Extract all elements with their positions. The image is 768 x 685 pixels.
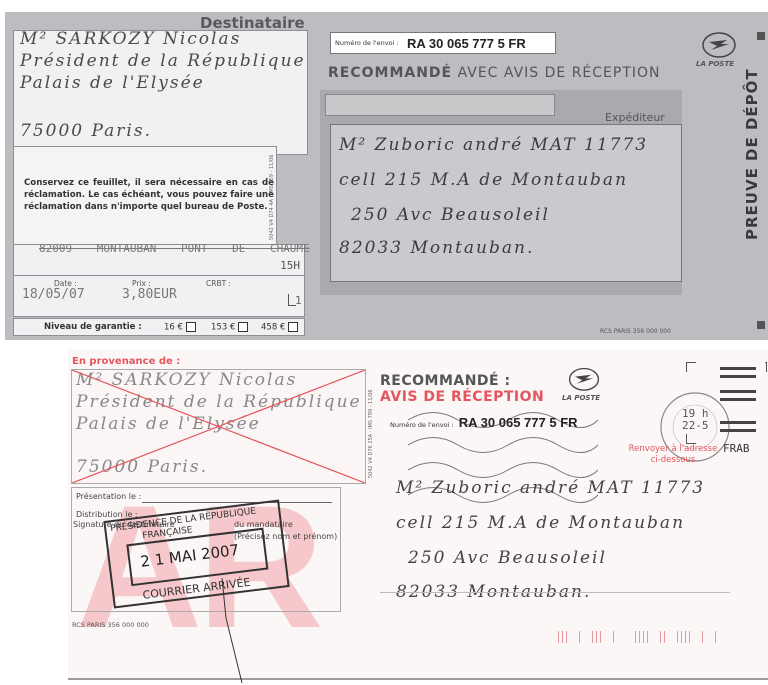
sender-line: cell 215 M.A de Montauban [339, 170, 628, 190]
guarantee-option-16[interactable]: 16 € [164, 322, 196, 333]
sorting-bars [720, 367, 756, 383]
tracking-number: RA 30 065 777 5 FR [407, 36, 526, 51]
form-code: 5042 V4 D76 25A - IMS 799 - 11/06 [368, 389, 374, 478]
la-poste-logo-text: LA POSTE [696, 60, 734, 68]
stamp-date: 2 1 MAI 2007 [139, 541, 240, 571]
address-baseline [380, 592, 730, 593]
claim-notice-text: Conservez ce feuillet, il sera nécessair… [24, 177, 274, 213]
rcs-number: RCS PARIS 356 000 000 [600, 328, 671, 335]
sender-line: 250 Avc Beausoleil [351, 205, 550, 225]
checkbox[interactable] [186, 322, 196, 332]
checkbox[interactable] [238, 322, 248, 332]
presentation-label: Présentation le : [76, 492, 141, 501]
form-code: 5042 V4 D74 4A - IMS 759 - 11/06 [269, 155, 275, 240]
signature-stroke [218, 578, 248, 685]
presentation-field[interactable] [142, 502, 332, 503]
post-office-name: 82009 MONTAUBAN PONT DE CHAUME [39, 242, 310, 255]
date-price-box: Date : 18/05/07 Prix : 3,80EUR CRBT : [13, 275, 305, 317]
service-title: RECOMMANDÉ : [380, 373, 511, 389]
corner-mark [686, 362, 696, 372]
sender-address-box: M² Zuboric andré MAT 11773 cell 215 M.A … [330, 124, 682, 282]
return-address-line: 250 Avc Beausoleil [408, 548, 607, 568]
recipient-address-box: M² SARKOZY Nicolas Président de la Répub… [13, 30, 308, 155]
deposit-hour: 15H [280, 259, 300, 272]
sender-line: 82033 Montauban. [339, 238, 534, 258]
acknowledgement-of-receipt-card: AR En provenance de : M² SARKOZY Nicolas… [68, 350, 768, 680]
recipient-line: Palais de l'Elysée [20, 73, 205, 93]
recipient-line: 75000 Paris. [20, 121, 152, 141]
origin-address-box: M² SARKOZY Nicolas Président de la Répub… [71, 369, 366, 484]
return-address-line: cell 215 M.A de Montauban [396, 513, 685, 533]
checkbox[interactable] [288, 322, 298, 332]
registration-mark [757, 321, 765, 329]
service-title: RECOMMANDÉ AVEC AVIS DE RÉCEPTION [328, 65, 661, 81]
registration-mark [757, 32, 765, 40]
proof-of-deposit-slip: Destinataire M² SARKOZY Nicolas Présiden… [5, 12, 768, 340]
tracking-label: Numéro de l'envoi : [390, 421, 454, 429]
tracking-number-line: Numéro de l'envoi : RA 30 065 777 5 FR [390, 412, 578, 431]
postmark-datetime: 19 h 22-5 [682, 408, 709, 432]
crbt-label: CRBT : [206, 279, 231, 288]
blank-field [325, 94, 555, 116]
crossed-out-mark [72, 370, 365, 483]
sorting-bars [720, 390, 756, 406]
guarantee-label: Niveau de garantie : [44, 322, 142, 332]
guarantee-option-153[interactable]: 153 € [211, 322, 248, 333]
return-address-line: M² Zuboric andré MAT 11773 [396, 478, 705, 498]
sender-title: Expéditeur [605, 111, 665, 124]
return-notice: Renvoyer à l'adresse ci-dessous [618, 444, 728, 466]
proof-of-deposit-title: PREUVE DE DÉPÔT [743, 68, 761, 240]
corner-mark [765, 362, 767, 372]
tracking-number-box: Numéro de l'envoi : RA 30 065 777 5 FR [330, 32, 556, 54]
origin-title: En provenance de : [72, 356, 180, 367]
rcs-number: RCS PARIS 356 000 000 [72, 621, 149, 629]
guarantee-level-row: Niveau de garantie : 16 € 153 € 458 € [13, 318, 305, 336]
price-value: 3,80EUR [122, 287, 177, 302]
tracking-number: RA 30 065 777 5 FR [459, 415, 578, 430]
postal-barcode [558, 630, 738, 644]
sender-line: M² Zuboric andré MAT 11773 [339, 135, 648, 155]
guarantee-option-458[interactable]: 458 € [261, 322, 298, 333]
date-value: 18/05/07 [22, 287, 85, 302]
tracking-label: Numéro de l'envoi : [335, 39, 399, 47]
recipient-line: M² SARKOZY Nicolas [20, 29, 241, 49]
recipient-line: Président de la République [20, 51, 306, 71]
country-code: FRAB [723, 442, 750, 455]
sorting-bars [720, 421, 756, 437]
claim-notice-box: Conservez ce feuillet, il sera nécessair… [13, 146, 277, 251]
slot-mark: 1 [295, 294, 302, 307]
